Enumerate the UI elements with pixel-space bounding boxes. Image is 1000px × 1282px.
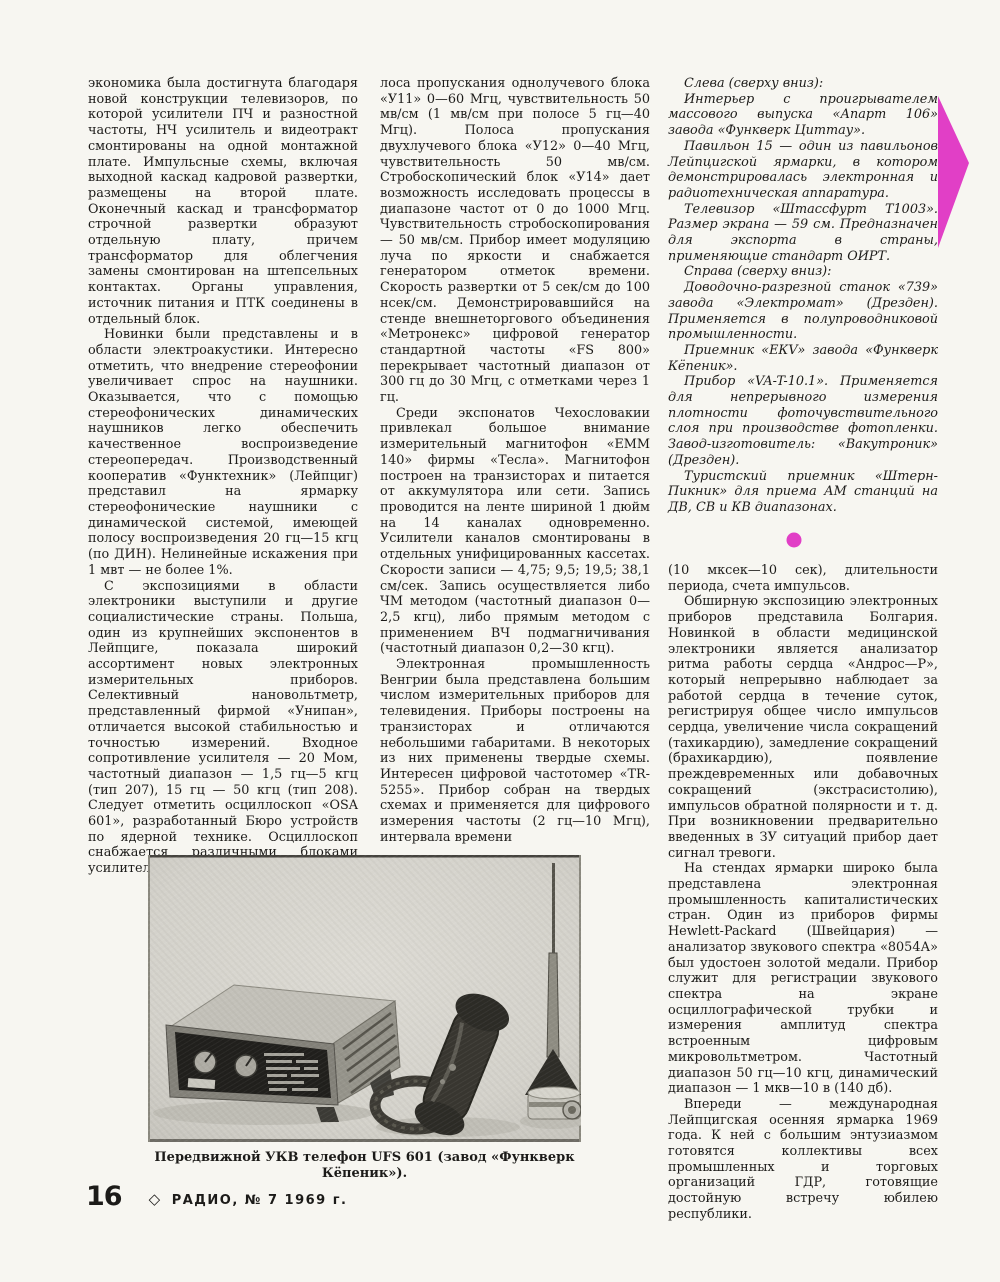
text-column-3: (10 мксек—10 сек), длительности периода,… (668, 563, 938, 1223)
photo-captions-block: Слева (сверху вниз): Интерьер с проигрыв… (668, 76, 938, 516)
photo-border-left (148, 855, 150, 1142)
pink-dot-decoration (786, 532, 802, 548)
paragraph: Среди экспонатов Чехословакии привлекал … (380, 406, 650, 657)
captions-left-header: Слева (сверху вниз): (668, 76, 938, 92)
caption-item: Туристский приемник «Штерн-Пикник» для п… (668, 469, 938, 516)
text-column-1: экономика была достигнута благодаря ново… (88, 76, 358, 877)
diamond-icon: ◇ (149, 1190, 162, 1208)
ufs601-photo-art (148, 855, 581, 1142)
paragraph: На стендах ярмарки широко была представл… (668, 861, 938, 1097)
paragraph: С экспозициями в области электроники выс… (88, 579, 358, 877)
magazine-page: экономика была достигнута благодаря ново… (0, 0, 1000, 1282)
paragraph: Обширную экспозицию электронных приборов… (668, 594, 938, 861)
paragraph: Электронная промышленность Венгрии была … (380, 657, 650, 845)
captions-right-header: Справа (сверху вниз): (668, 264, 938, 280)
paragraph: Новинки были представлены и в области эл… (88, 327, 358, 578)
paragraph: (10 мксек—10 сек), длительности периода,… (668, 563, 938, 594)
radio-label (188, 1078, 216, 1089)
page-footer: 16 ◇РАДИО, № 7 1969 г. (86, 1183, 347, 1213)
caption-item: Телевизор «Штассфурт Т1003». Размер экра… (668, 202, 938, 265)
paragraph: лоса пропускания однолучевого блока «У11… (380, 76, 650, 406)
journal-title: РАДИО, № 7 1969 г. (172, 1193, 348, 1208)
pink-arrow-decoration (936, 94, 972, 250)
photo-caption: Передвижной УКВ телефон UFS 601 (завод «… (148, 1150, 581, 1182)
paragraph: Впереди — международная Лейпцигская осен… (668, 1097, 938, 1223)
journal-line: ◇РАДИО, № 7 1969 г. (149, 1186, 348, 1208)
photo-border-top (148, 855, 581, 858)
caption-item: Интерьер с проигрывателем массового выпу… (668, 92, 938, 139)
ufs601-photo (148, 855, 581, 1142)
page-number: 16 (86, 1183, 122, 1210)
paragraph: экономика была достигнута благодаря ново… (88, 76, 358, 327)
photo-border-bottom (148, 1139, 581, 1142)
caption-item: Прибор «VA-T-10.1». Применяется для непр… (668, 374, 938, 468)
text-column-2: лоса пропускания однолучевого блока «У11… (380, 76, 650, 845)
caption-item: Доводочно-разрезной станок «739» завода … (668, 280, 938, 343)
caption-item: Павильон 15 — один из павильонов Лейпциг… (668, 139, 938, 202)
caption-item: Приемник «ЕКV» завода «Функверк Кёпеник»… (668, 343, 938, 374)
